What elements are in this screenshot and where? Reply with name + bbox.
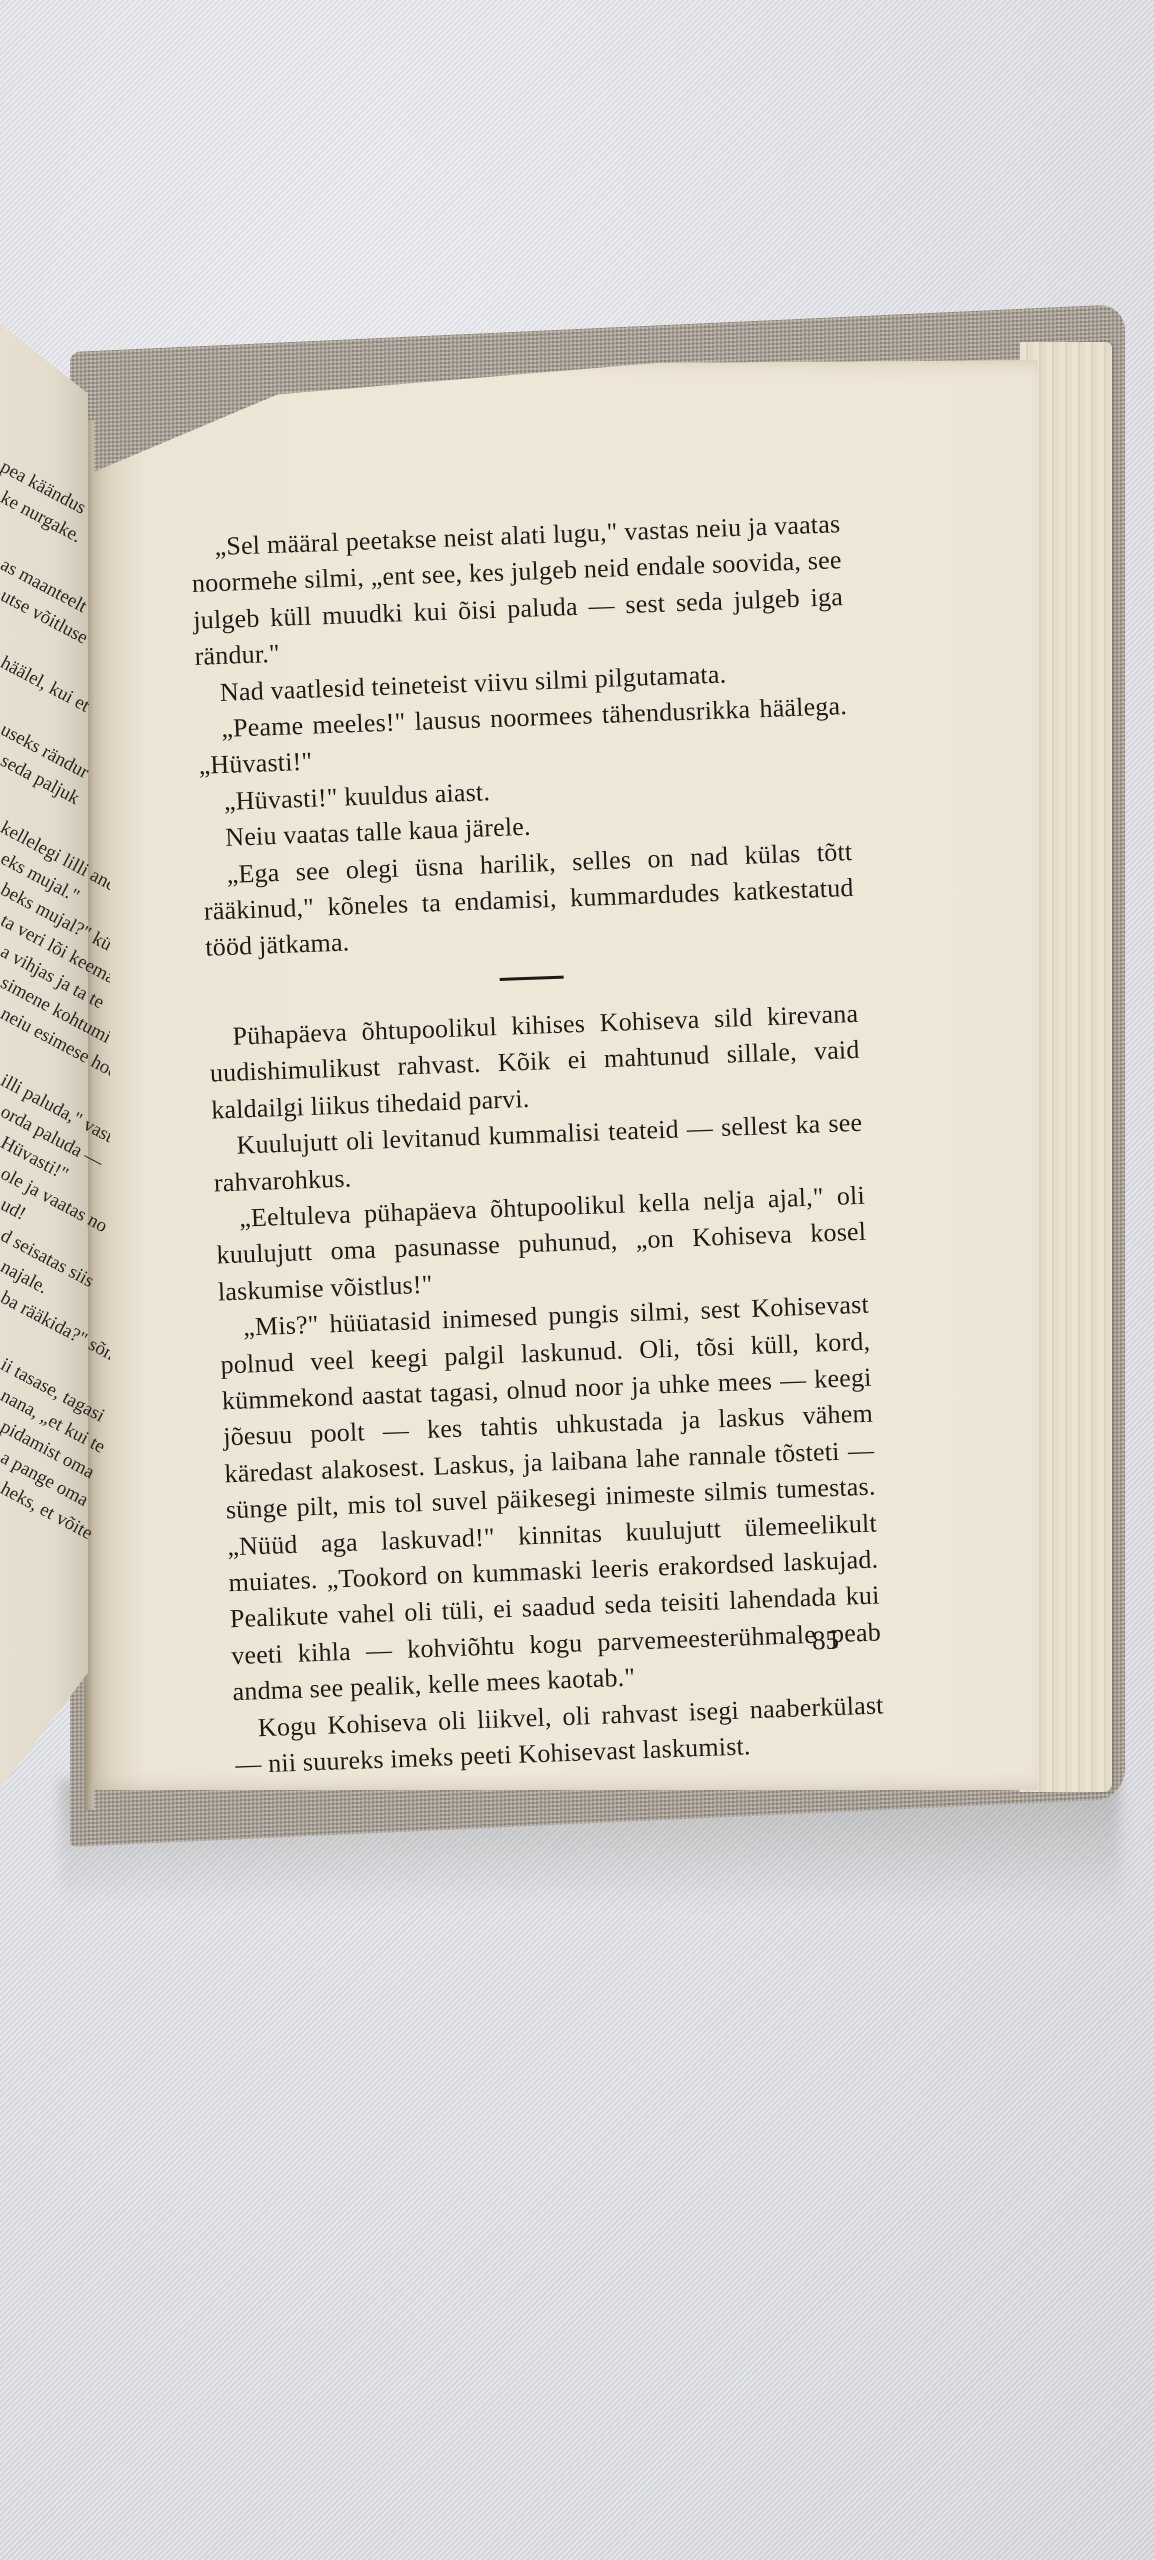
left-page-text: pea käändus ke nurgake. as maanteelt uts… [0, 450, 110, 1750]
paragraph: „Mis?" hüüatasid inimesed pungis silmi, … [219, 1287, 883, 1711]
paragraph: „Sel määral peetakse neist alati lugu," … [190, 506, 845, 675]
paragraph: „Ega see olegi üsna harilik, selles on n… [202, 834, 856, 967]
section-separator [500, 975, 564, 980]
page-number: 85 [811, 1625, 839, 1657]
right-page-text: „Sel määral peetakse neist alati lugu," … [190, 506, 886, 1783]
